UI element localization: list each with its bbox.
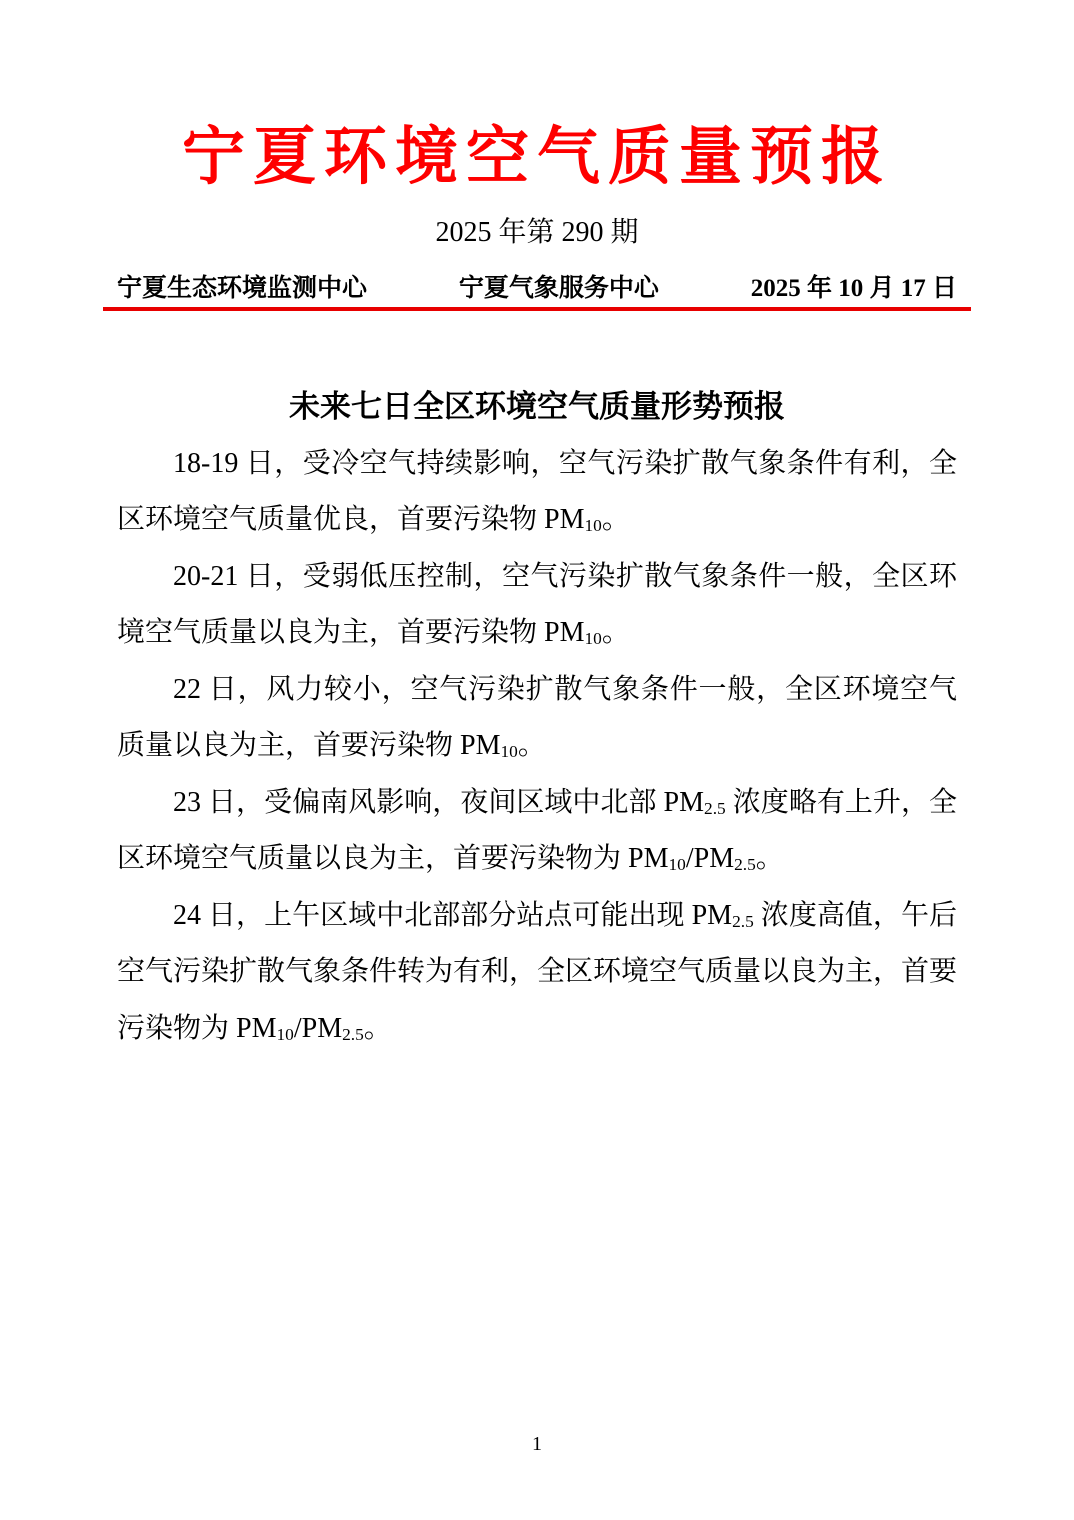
pollutant-subscript: 2.5: [732, 912, 754, 931]
paragraph-text: 。: [364, 1013, 392, 1044]
forecast-paragraph: 24 日，上午区域中北部部分站点可能出现 PM2.5 浓度高值，午后空气污染扩散…: [117, 888, 957, 1058]
paragraph-text: 18-19 日，受冷空气持续影响，空气污染扩散气象条件有利，全区环境空气质量优良…: [117, 448, 957, 536]
document-title: 宁夏环境空气质量预报: [0, 0, 1074, 196]
pollutant-subscript: 10: [668, 855, 685, 874]
forecast-paragraph: 18-19 日，受冷空气持续影响，空气污染扩散气象条件有利，全区环境空气质量优良…: [117, 436, 957, 549]
page-footer: 1: [0, 1432, 1074, 1456]
paragraph-text: 。: [518, 730, 546, 761]
paragraph-text: 。: [602, 504, 630, 535]
section-title: 未来七日全区环境空气质量形势预报: [0, 385, 1074, 428]
pollutant-subscript: 10: [276, 1025, 293, 1044]
paragraph-text: 。: [756, 843, 784, 874]
paragraph-text: 23 日，受偏南风影响，夜间区域中北部 PM: [173, 787, 704, 818]
paragraph-text: 。: [602, 617, 630, 648]
header-org-row: 宁夏生态环境监测中心 宁夏气象服务中心 2025 年 10 月 17 日: [117, 274, 957, 304]
org-monitoring-center: 宁夏生态环境监测中心: [117, 274, 367, 304]
issue-number: 2025 年第 290 期: [0, 216, 1074, 250]
pollutant-subscript: 2.5: [734, 855, 756, 874]
issue-date: 2025 年 10 月 17 日: [751, 274, 957, 304]
paragraph-text: 24 日，上午区域中北部部分站点可能出现 PM: [173, 900, 732, 931]
document-page: 宁夏环境空气质量预报 2025 年第 290 期 宁夏生态环境监测中心 宁夏气象…: [0, 0, 1074, 1520]
org-meteorological-center: 宁夏气象服务中心: [459, 274, 659, 304]
pollutant-subscript: 2.5: [704, 799, 726, 818]
forecast-paragraph: 22 日，风力较小，空气污染扩散气象条件一般，全区环境空气质量以良为主，首要污染…: [117, 662, 957, 775]
pollutant-subscript: 10: [584, 516, 601, 535]
pollutant-subscript: 10: [584, 629, 601, 648]
paragraph-text: /PM: [294, 1013, 342, 1044]
page-number: 1: [532, 1433, 542, 1455]
document-body: 未来七日全区环境空气质量形势预报 18-19 日，受冷空气持续影响，空气污染扩散…: [0, 385, 1074, 1058]
forecast-paragraph: 23 日，受偏南风影响，夜间区域中北部 PM2.5 浓度略有上升，全区环境空气质…: [117, 775, 957, 888]
forecast-paragraphs: 18-19 日，受冷空气持续影响，空气污染扩散气象条件有利，全区环境空气质量优良…: [117, 436, 957, 1058]
paragraph-text: 20-21 日，受弱低压控制，空气污染扩散气象条件一般，全区环境空气质量以良为主…: [117, 561, 957, 649]
pollutant-subscript: 10: [500, 742, 517, 761]
forecast-paragraph: 20-21 日，受弱低压控制，空气污染扩散气象条件一般，全区环境空气质量以良为主…: [117, 549, 957, 662]
document-header: 宁夏环境空气质量预报 2025 年第 290 期 宁夏生态环境监测中心 宁夏气象…: [0, 0, 1074, 311]
paragraph-text: /PM: [686, 843, 734, 874]
header-divider-rule: [103, 307, 971, 311]
pollutant-subscript: 2.5: [342, 1025, 364, 1044]
